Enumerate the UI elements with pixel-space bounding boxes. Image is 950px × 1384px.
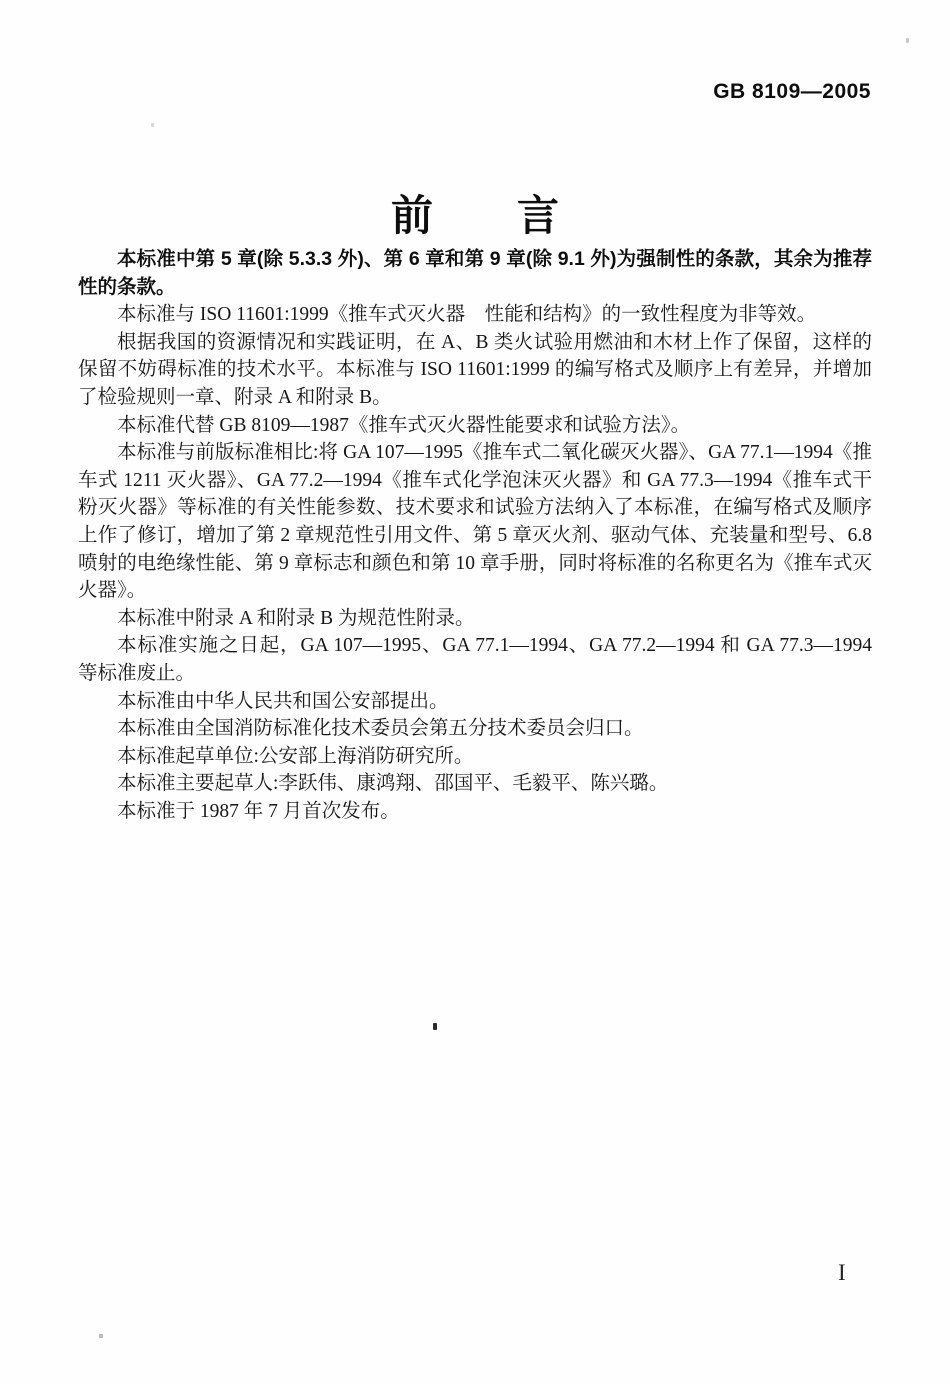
paragraph: 本标准与前版标准相比:将 GA 107—1995《推车式二氧化碳灭火器》、GA … bbox=[78, 439, 872, 605]
scan-artifact-dot bbox=[906, 38, 909, 43]
paragraph: 本标准代替 GB 8109—1987《推车式灭火器性能要求和试验方法》。 bbox=[78, 412, 872, 440]
foreword-body: 本标准中第 5 章(除 5.3.3 外)、第 6 章和第 9 章(除 9.1 外… bbox=[78, 246, 872, 825]
scan-artifact-dot bbox=[151, 123, 154, 127]
paragraph: 根据我国的资源情况和实践证明，在 A、B 类火试验用燃油和木材上作了保留，这样的… bbox=[78, 329, 872, 412]
paragraph: 本标准由全国消防标准化技术委员会第五分技术委员会归口。 bbox=[78, 715, 872, 743]
paragraph: 本标准中附录 A 和附录 B 为规范性附录。 bbox=[78, 605, 872, 633]
standard-number: GB 8109—2005 bbox=[713, 80, 871, 104]
scan-artifact-dot bbox=[99, 1334, 103, 1338]
page-number: I bbox=[838, 1260, 846, 1286]
paragraph: 本标准中第 5 章(除 5.3.3 外)、第 6 章和第 9 章(除 9.1 外… bbox=[78, 246, 872, 301]
paragraph: 本标准起草单位:公安部上海消防研究所。 bbox=[78, 743, 872, 771]
scan-artifact-dot bbox=[433, 1023, 437, 1030]
paragraph: 本标准与 ISO 11601:1999《推车式灭火器 性能和结构》的一致性程度为… bbox=[78, 301, 872, 329]
scanned-document-page: GB 8109—2005 前 言 本标准中第 5 章(除 5.3.3 外)、第 … bbox=[0, 0, 950, 1384]
paragraph: 本标准由中华人民共和国公安部提出。 bbox=[78, 688, 872, 716]
paragraph: 本标准主要起草人:李跃伟、康鸿翔、邵国平、毛毅平、陈兴璐。 bbox=[78, 770, 872, 798]
page-title: 前 言 bbox=[0, 183, 950, 243]
paragraph: 本标准于 1987 年 7 月首次发布。 bbox=[78, 798, 872, 826]
paragraph: 本标准实施之日起，GA 107—1995、GA 77.1—1994、GA 77.… bbox=[78, 632, 872, 687]
